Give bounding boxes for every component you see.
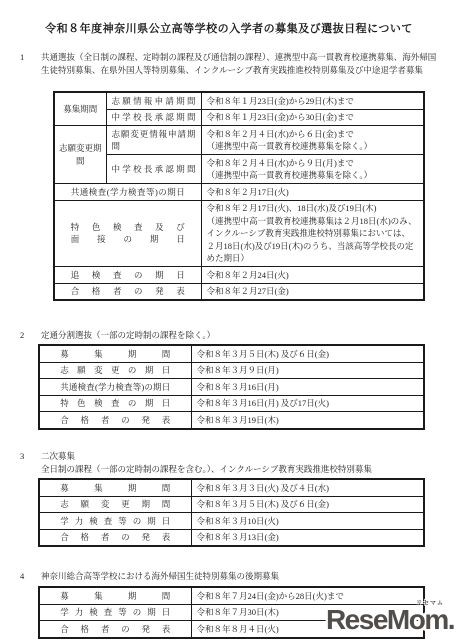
section-1-text: 共通選抜（全日制の課程、定時制の課程及び通信制の課程）、連携型中高一貫教育校連携…	[41, 51, 448, 76]
document-page: { "title": "令和８年度神奈川県公立高等学校の入学者の募集及び選抜日程…	[0, 0, 458, 640]
page-title: 令和８年度神奈川県公立高等学校の入学者の募集及び選抜日程について	[0, 22, 458, 37]
resemom-kana-label: リセマム	[416, 601, 444, 607]
row-label: 募集期間	[39, 345, 191, 362]
row-value: 令和８年２月27日(金)	[201, 283, 424, 300]
row-value: 令和８年１月23日(金)から30日(金)まで	[201, 109, 424, 126]
section-1-heading: 1 共通選抜（全日制の課程、定時制の課程及び通信制の課程）、連携型中高一貫教育校…	[20, 51, 448, 76]
row-group-label: 志願変更期間	[54, 126, 106, 184]
row-value: 令和８年２月17日(火)	[201, 184, 424, 201]
row-label: 募集期間	[39, 479, 191, 496]
table-row: 追検査の期日 令和８年２月24日(火)	[54, 267, 424, 284]
row-value: 令和８年３月19日(木)	[191, 412, 424, 429]
table-row: 合格者の発表 令和８年３月13日(金)	[39, 529, 424, 546]
table-row: 中学校長承認期間 令和８年２月４日(水)から９日(月)まで （連携型中高一貫教育…	[54, 155, 424, 184]
section-1-number: 1	[20, 51, 24, 64]
row-label: 合格者の発表	[39, 621, 191, 638]
row-label: 学力検査等の期日	[39, 604, 191, 621]
table-row: 募集期間 令和８年７月24日(金)から28日(火)まで	[39, 587, 424, 604]
row-value: 令和８年３月10日(火)	[191, 513, 424, 530]
table-row: 募集期間 志願情報申請期間 令和８年１月23日(金)から29日(木)まで	[54, 92, 424, 109]
section-2-number: 2	[20, 329, 24, 342]
row-label: 追検査の期日	[54, 267, 201, 284]
row-label: 合格者の発表	[39, 529, 191, 546]
row-value: 令和８年３月16日(月)	[191, 379, 424, 396]
common-selection-schedule-table: 募集期間 志願情報申請期間 令和８年１月23日(金)から29日(木)まで 中学校…	[53, 91, 425, 301]
resemom-watermark: リセマム ReseMom.	[326, 603, 454, 639]
section-4-heading: 4 神奈川総合高等学校における海外帰国生徒特別募集の後期募集	[20, 570, 448, 583]
table-row: 特色検査及び面接の期日 令和８年２月17日(火)、18日(水)及び19日(木) …	[54, 200, 424, 267]
section-2-text: 定通分割選抜（一部の定時制の課程を除く。）	[41, 329, 448, 342]
row-label: 志願変更の期日	[39, 362, 191, 379]
table-row: 募集期間 令和８年３月３日(火) 及び４日(水)	[39, 479, 424, 496]
section-4-text: 神奈川総合高等学校における海外帰国生徒特別募集の後期募集	[41, 570, 448, 583]
row-label: 特色検査及び面接の期日	[54, 200, 201, 267]
secondary-recruitment-schedule-table: 募集期間 令和８年３月３日(火) 及び４日(水) 志願変更期間 令和８年３月５日…	[38, 478, 425, 547]
row-label: 志願変更情報申請期間	[106, 126, 201, 155]
table-row: 合格者の発表 令和８年２月27日(金)	[54, 283, 424, 300]
row-value: 令和８年１月23日(金)から29日(木)まで	[201, 92, 424, 109]
section-4-number: 4	[20, 570, 24, 583]
table-row: 志願変更期間 令和８年３月５日(木) 及び６日(金)	[39, 496, 424, 513]
table-row: 中学校長承認期間 令和８年１月23日(金)から30日(金)まで	[54, 109, 424, 126]
table-row: 募集期間 令和８年３月５日(木) 及び６日(金)	[39, 345, 424, 362]
row-value: 令和８年７月24日(金)から28日(火)まで	[191, 587, 424, 604]
table-row: 志願変更期間 志願変更情報申請期間 令和８年２月４日(水)から６日(金)まで （…	[54, 126, 424, 155]
resemom-logo: ReseMom.	[326, 604, 454, 635]
row-label: 募集期間	[39, 587, 191, 604]
row-value: 令和８年３月５日(木) 及び６日(金)	[191, 496, 424, 513]
table-row: 共通検査(学力検査等)の期日 令和８年２月17日(火)	[54, 184, 424, 201]
row-value: 令和８年３月16日(月) 及び17日(火)	[191, 395, 424, 412]
row-value: 令和８年３月５日(木) 及び６日(金)	[191, 345, 424, 362]
table-row: 学力検査等の期日 令和８年３月10日(火)	[39, 513, 424, 530]
row-label: 中学校長承認期間	[106, 109, 201, 126]
row-value: 令和８年３月９日(月)	[191, 362, 424, 379]
row-value: 令和８年２月４日(水)から６日(金)まで （連携型中高一貫教育校連携募集を除く。…	[201, 126, 424, 155]
row-label: 志願情報申請期間	[106, 92, 201, 109]
section-3-number: 3	[20, 450, 24, 463]
row-group-label: 募集期間	[54, 92, 106, 126]
row-value: 令和８年２月24日(火)	[201, 267, 424, 284]
table-row: 共通検査(学力検査等)の期日 令和８年３月16日(月)	[39, 379, 424, 396]
row-value: 令和８年２月４日(水)から９日(月)まで （連携型中高一貫教育校連携募集を除く。…	[201, 155, 424, 184]
row-label: 特色検査の期日	[39, 395, 191, 412]
row-label: 志願変更期間	[39, 496, 191, 513]
row-value: 令和８年３月３日(火) 及び４日(水)	[191, 479, 424, 496]
row-label: 合格者の発表	[39, 412, 191, 429]
row-label: 中学校長承認期間	[106, 155, 201, 184]
section-3-text: 二次募集 全日制の課程（一部の定時制の課程を含む。）、インクルーシブ教育実践推進…	[41, 450, 448, 475]
row-value: 令和８年３月13日(金)	[191, 529, 424, 546]
row-label: 合格者の発表	[54, 283, 201, 300]
row-label: 学力検査等の期日	[39, 513, 191, 530]
section-3-heading: 3 二次募集 全日制の課程（一部の定時制の課程を含む。）、インクルーシブ教育実践…	[20, 450, 448, 475]
row-value: 令和８年２月17日(火)、18日(水)及び19日(木) （連携型中高一貫教育校連…	[201, 200, 424, 267]
table-row: 合格者の発表 令和８年３月19日(木)	[39, 412, 424, 429]
row-label: 共通検査(学力検査等)の期日	[54, 184, 201, 201]
split-selection-schedule-table: 募集期間 令和８年３月５日(木) 及び６日(金) 志願変更の期日 令和８年３月９…	[38, 344, 425, 430]
table-row: 志願変更の期日 令和８年３月９日(月)	[39, 362, 424, 379]
table-row: 特色検査の期日 令和８年３月16日(月) 及び17日(火)	[39, 395, 424, 412]
row-label: 共通検査(学力検査等)の期日	[39, 379, 191, 396]
section-2-heading: 2 定通分割選抜（一部の定時制の課程を除く。）	[20, 329, 448, 342]
